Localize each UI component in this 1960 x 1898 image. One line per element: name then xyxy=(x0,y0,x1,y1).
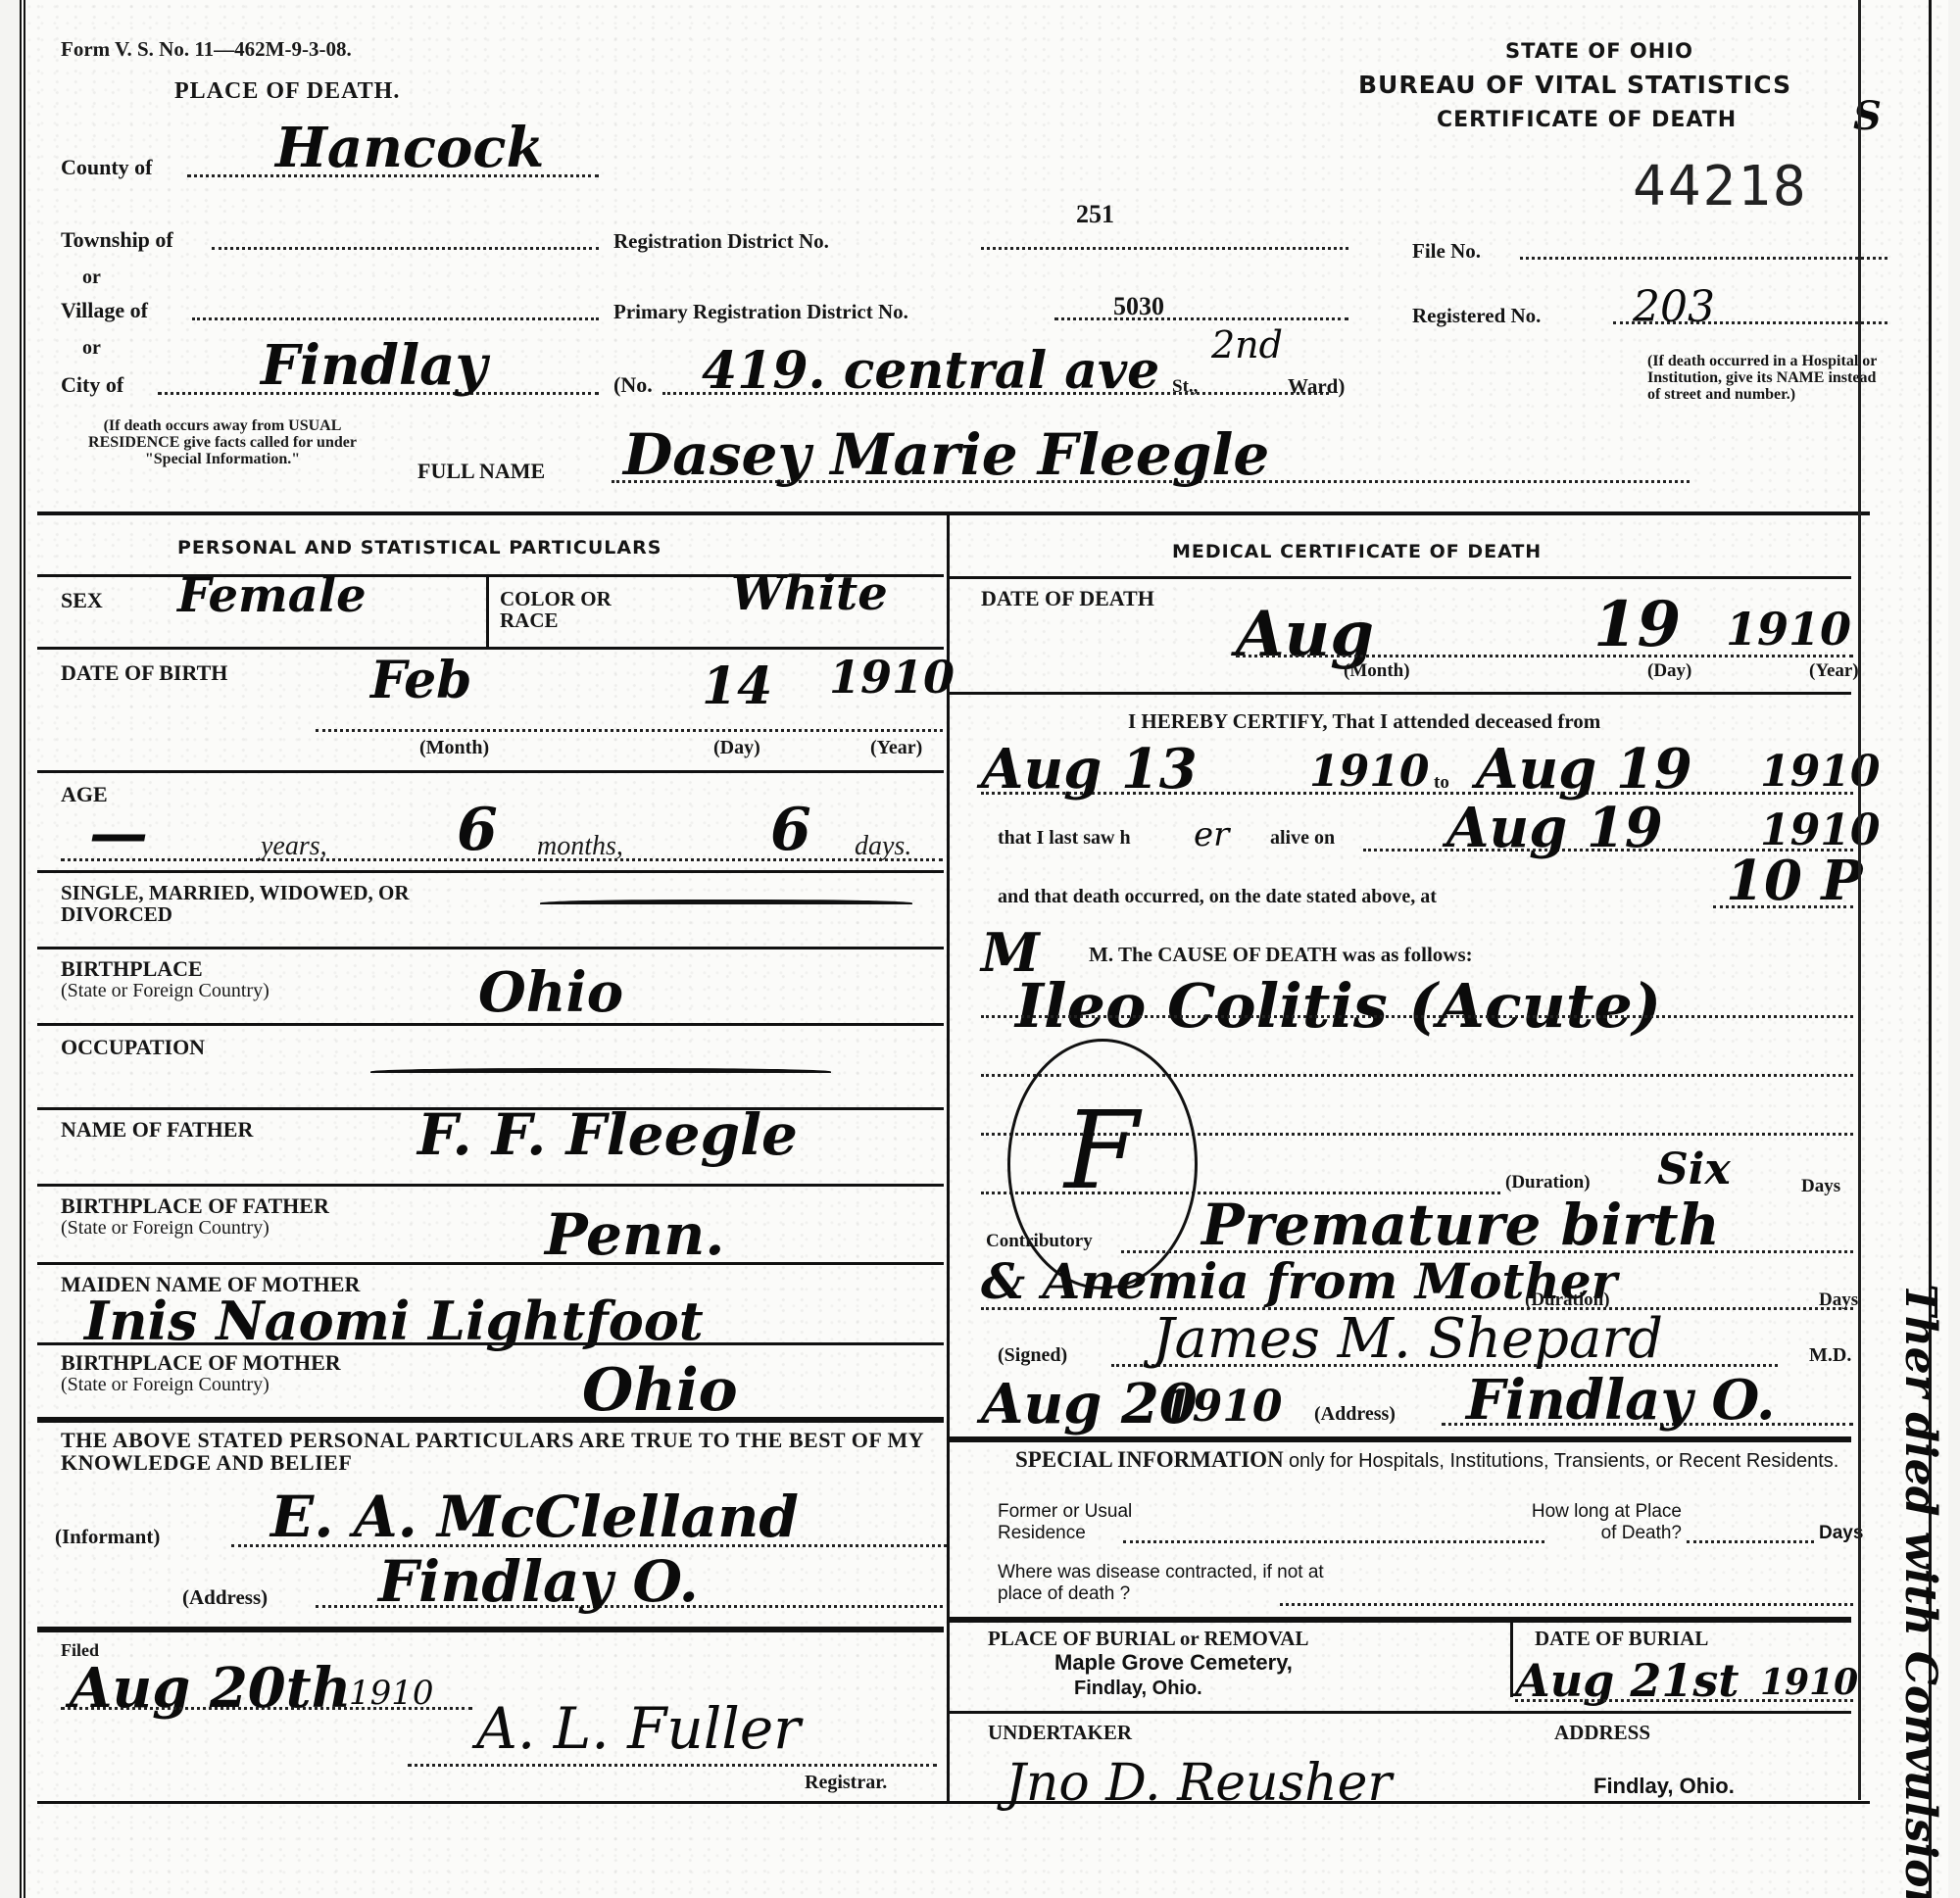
county-label: County of xyxy=(61,155,153,180)
signed-value: James M. Shepard xyxy=(1152,1307,1663,1371)
burial-date-year: 1910 xyxy=(1760,1662,1858,1703)
row-divider-thick xyxy=(950,1436,1851,1442)
former-residence-line xyxy=(1123,1540,1544,1543)
street-value: 419. central ave xyxy=(702,341,1159,401)
row-divider-thick xyxy=(950,1617,1851,1623)
md-label: M.D. xyxy=(1809,1344,1851,1367)
marital-label: SINGLE, MARRIED, WIDOWED, OR DIVORCED xyxy=(61,882,521,925)
informant-value: E. A. McClelland xyxy=(270,1484,799,1550)
registrar-label: Registrar. xyxy=(805,1772,887,1794)
certify-text: I HEREBY CERTIFY, That I attended deceas… xyxy=(1128,709,1600,734)
dod-year-caption: (Year) xyxy=(1809,660,1859,682)
birthplace-sub: (State or Foreign Country) xyxy=(61,980,269,1002)
father-birthplace-sub: (State or Foreign Country) xyxy=(61,1217,269,1240)
form-number: Form V. S. No. 11—462M-9-3-08. xyxy=(61,37,352,62)
duration-days-label: Days xyxy=(1801,1176,1840,1197)
row-divider xyxy=(37,1184,944,1187)
dod-year: 1910 xyxy=(1726,603,1851,656)
row-divider xyxy=(37,1023,944,1026)
contracted-label: Where was disease contracted, if not at … xyxy=(998,1562,1350,1605)
marital-dash xyxy=(540,900,912,908)
row-divider xyxy=(37,1262,944,1265)
street-no-label: (No. xyxy=(613,372,653,398)
cause-line-1 xyxy=(981,1015,1853,1018)
place-of-death-heading: PLACE OF DEATH. xyxy=(174,78,400,105)
age-months: 6 xyxy=(457,796,498,864)
burial-place-label: PLACE OF BURIAL or REMOVAL xyxy=(988,1627,1308,1651)
dob-day: 14 xyxy=(702,657,772,716)
special-info-heading: SPECIAL INFORMATION only for Hospitals, … xyxy=(1015,1448,1858,1473)
inner-right-border xyxy=(1858,0,1861,1800)
dob-year-caption: (Year) xyxy=(870,737,922,759)
how-long-label: How long at Place of Death? xyxy=(1515,1501,1682,1544)
city-value: Findlay xyxy=(261,333,487,398)
father-value: F. F. Fleegle xyxy=(417,1101,798,1168)
last-saw-pronoun: er xyxy=(1194,815,1229,854)
burial-divider xyxy=(1510,1623,1513,1697)
informant-address-value: Findlay O. xyxy=(378,1548,699,1615)
how-long-days: Days xyxy=(1819,1523,1863,1544)
physician-address-value: Findlay O. xyxy=(1466,1368,1776,1433)
or-label-1: or xyxy=(82,267,101,289)
full-name-value: Dasey Marie Fleegle xyxy=(623,421,1269,488)
registered-no-label: Registered No. xyxy=(1412,304,1541,328)
dob-day-caption: (Day) xyxy=(713,737,760,759)
village-line xyxy=(192,317,599,320)
row-divider xyxy=(950,576,1851,579)
burial-date-line xyxy=(1515,1699,1853,1702)
primary-registration-line xyxy=(1054,317,1348,320)
row-divider xyxy=(37,947,944,949)
circle-mark-letter: F xyxy=(1064,1088,1139,1213)
medical-heading: MEDICAL CERTIFICATE OF DEATH xyxy=(1172,541,1542,562)
registered-no-value: 203 xyxy=(1633,282,1715,332)
row-divider xyxy=(37,870,944,873)
burial-place-value-1: Maple Grove Cemetery, xyxy=(1054,1650,1293,1676)
stamp-number: 44218 xyxy=(1633,155,1808,219)
contracted-line xyxy=(1280,1603,1853,1606)
bottom-rule xyxy=(37,1801,1870,1804)
state-heading: STATE OF OHIO xyxy=(1505,39,1693,63)
file-no-label: File No. xyxy=(1412,239,1481,264)
occupation-label: OCCUPATION xyxy=(61,1035,205,1060)
dob-month-caption: (Month) xyxy=(419,737,489,759)
signed-label: (Signed) xyxy=(998,1344,1067,1367)
death-certificate: Form V. S. No. 11—462M-9-3-08. PLACE OF … xyxy=(20,0,1948,1898)
color-value: White xyxy=(731,566,888,621)
attended-from: Aug 13 xyxy=(981,737,1198,802)
margin-note: Ther died with Convulsions xyxy=(1886,1284,1945,1891)
cause-text: M. The CAUSE OF DEATH was as follows: xyxy=(1089,943,1473,967)
city-label: City of xyxy=(61,372,123,398)
duration-value: Six xyxy=(1657,1144,1731,1194)
cause-value: Ileo Colitis (Acute) xyxy=(1015,970,1661,1042)
duration2-days-label: Days xyxy=(1819,1290,1858,1311)
birthplace-value: Ohio xyxy=(478,960,623,1025)
dod-line xyxy=(1236,655,1853,657)
dob-label: DATE OF BIRTH xyxy=(61,660,227,686)
birthplace-label: BIRTHPLACE xyxy=(61,956,203,982)
death-time-value: 10 P xyxy=(1726,849,1863,913)
age-days: 6 xyxy=(770,796,811,864)
usual-residence-note: (If death occurs away from USUAL RESIDEN… xyxy=(61,417,384,467)
death-time-text: and that death occurred, on the date sta… xyxy=(998,886,1437,908)
alive-on-label: alive on xyxy=(1270,827,1335,850)
main-divider xyxy=(37,511,1870,515)
filed-value: Aug 20th xyxy=(70,1656,351,1721)
to-label: to xyxy=(1434,772,1449,794)
father-birthplace-value: Penn. xyxy=(545,1201,725,1268)
dod-day-caption: (Day) xyxy=(1647,660,1691,682)
hospital-note: (If death occurred in a Hospital or Inst… xyxy=(1647,353,1892,403)
months-caption: months, xyxy=(537,831,623,862)
informant-address-label: (Address) xyxy=(182,1585,268,1610)
personal-heading: PERSONAL AND STATISTICAL PARTICULARS xyxy=(177,537,661,559)
dob-year: 1910 xyxy=(829,651,955,704)
row-divider xyxy=(950,692,1851,695)
street-suffix: St., xyxy=(1172,376,1198,398)
registration-district-line xyxy=(981,247,1348,250)
certificate-title: CERTIFICATE OF DEATH xyxy=(1437,108,1737,132)
row-divider-thick xyxy=(37,1417,944,1423)
or-label-2: or xyxy=(82,337,101,360)
occupation-dash xyxy=(370,1068,831,1077)
registration-district-value: 251 xyxy=(1076,200,1114,229)
mother-birthplace-sub: (State or Foreign Country) xyxy=(61,1374,269,1396)
ward-value: 2nd xyxy=(1211,323,1283,366)
former-residence-label: Former or Usual Residence xyxy=(998,1501,1145,1544)
dob-month: Feb xyxy=(370,651,472,710)
burial-place-value-2: Findlay, Ohio. xyxy=(1074,1678,1202,1700)
father-birthplace-label: BIRTHPLACE OF FATHER xyxy=(61,1193,329,1219)
full-name-label: FULL NAME xyxy=(417,459,545,484)
undertaker-address-label: ADDRESS xyxy=(1554,1721,1650,1745)
last-saw-prefix: that I last saw h xyxy=(998,827,1131,850)
contributory-value-1: Premature birth xyxy=(1201,1192,1720,1258)
mother-birthplace-label: BIRTHPLACE OF MOTHER xyxy=(61,1350,341,1376)
father-label: NAME OF FATHER xyxy=(61,1117,253,1143)
dod-day: 19 xyxy=(1593,588,1681,661)
row-divider xyxy=(950,1711,1851,1714)
special-info-rest: only for Hospitals, Institutions, Transi… xyxy=(1289,1450,1838,1472)
signed-year: 1910 xyxy=(1162,1382,1282,1432)
attended-to-year: 1910 xyxy=(1760,747,1880,797)
primary-registration-label: Primary Registration District No. xyxy=(613,300,908,324)
duration-label: (Duration) xyxy=(1505,1172,1591,1193)
color-label: COLOR OR RACE xyxy=(500,588,666,631)
mother-birthplace-value: Ohio xyxy=(582,1356,738,1425)
row-divider xyxy=(37,647,944,650)
attended-from-year: 1910 xyxy=(1309,747,1429,797)
undertaker-value: Jno D. Reusher xyxy=(1005,1754,1392,1813)
special-info-bold: SPECIAL INFORMATION xyxy=(1015,1447,1284,1472)
filed-year: 1910 xyxy=(349,1674,434,1713)
dod-label: DATE OF DEATH xyxy=(981,586,1154,611)
row-divider xyxy=(37,770,944,773)
township-line xyxy=(212,247,599,250)
column-divider xyxy=(947,515,950,1804)
undertaker-label: UNDERTAKER xyxy=(988,1721,1132,1745)
primary-registration-value: 5030 xyxy=(1113,292,1164,321)
how-long-line xyxy=(1687,1540,1814,1543)
contributory-value-2: & Anemia from Mother xyxy=(981,1252,1617,1310)
years-caption: years, xyxy=(261,831,327,862)
attended-to: Aug 19 xyxy=(1476,737,1692,802)
burial-date-label: DATE OF BURIAL xyxy=(1535,1627,1708,1651)
bureau-heading: BUREAU OF VITAL STATISTICS xyxy=(1358,71,1791,99)
days-caption: days. xyxy=(855,831,911,862)
village-label: Village of xyxy=(61,298,148,323)
township-label: Township of xyxy=(61,227,173,253)
sex-color-divider xyxy=(486,576,489,647)
registrar-line xyxy=(408,1764,937,1767)
row-divider xyxy=(37,1342,944,1345)
last-saw-date: Aug 19 xyxy=(1446,796,1663,860)
undertaker-address-value: Findlay, Ohio. xyxy=(1593,1774,1735,1799)
ward-label: Ward) xyxy=(1288,374,1345,399)
dod-month-caption: (Month) xyxy=(1344,660,1410,682)
contributory-label: Contributory xyxy=(986,1231,1093,1252)
registration-district-label: Registration District No. xyxy=(613,229,829,254)
file-no-line xyxy=(1520,257,1887,260)
attestation-text: THE ABOVE STATED PERSONAL PARTICULARS AR… xyxy=(61,1429,933,1474)
sex-value: Female xyxy=(177,568,367,623)
dob-line xyxy=(316,729,943,732)
informant-label: (Informant) xyxy=(55,1525,160,1549)
sex-label: SEX xyxy=(61,588,103,613)
registrar-signature: A. L. Fuller xyxy=(476,1695,801,1762)
row-divider-thick xyxy=(37,1627,944,1632)
physician-address-label: (Address) xyxy=(1314,1403,1396,1426)
county-value: Hancock xyxy=(275,116,544,180)
